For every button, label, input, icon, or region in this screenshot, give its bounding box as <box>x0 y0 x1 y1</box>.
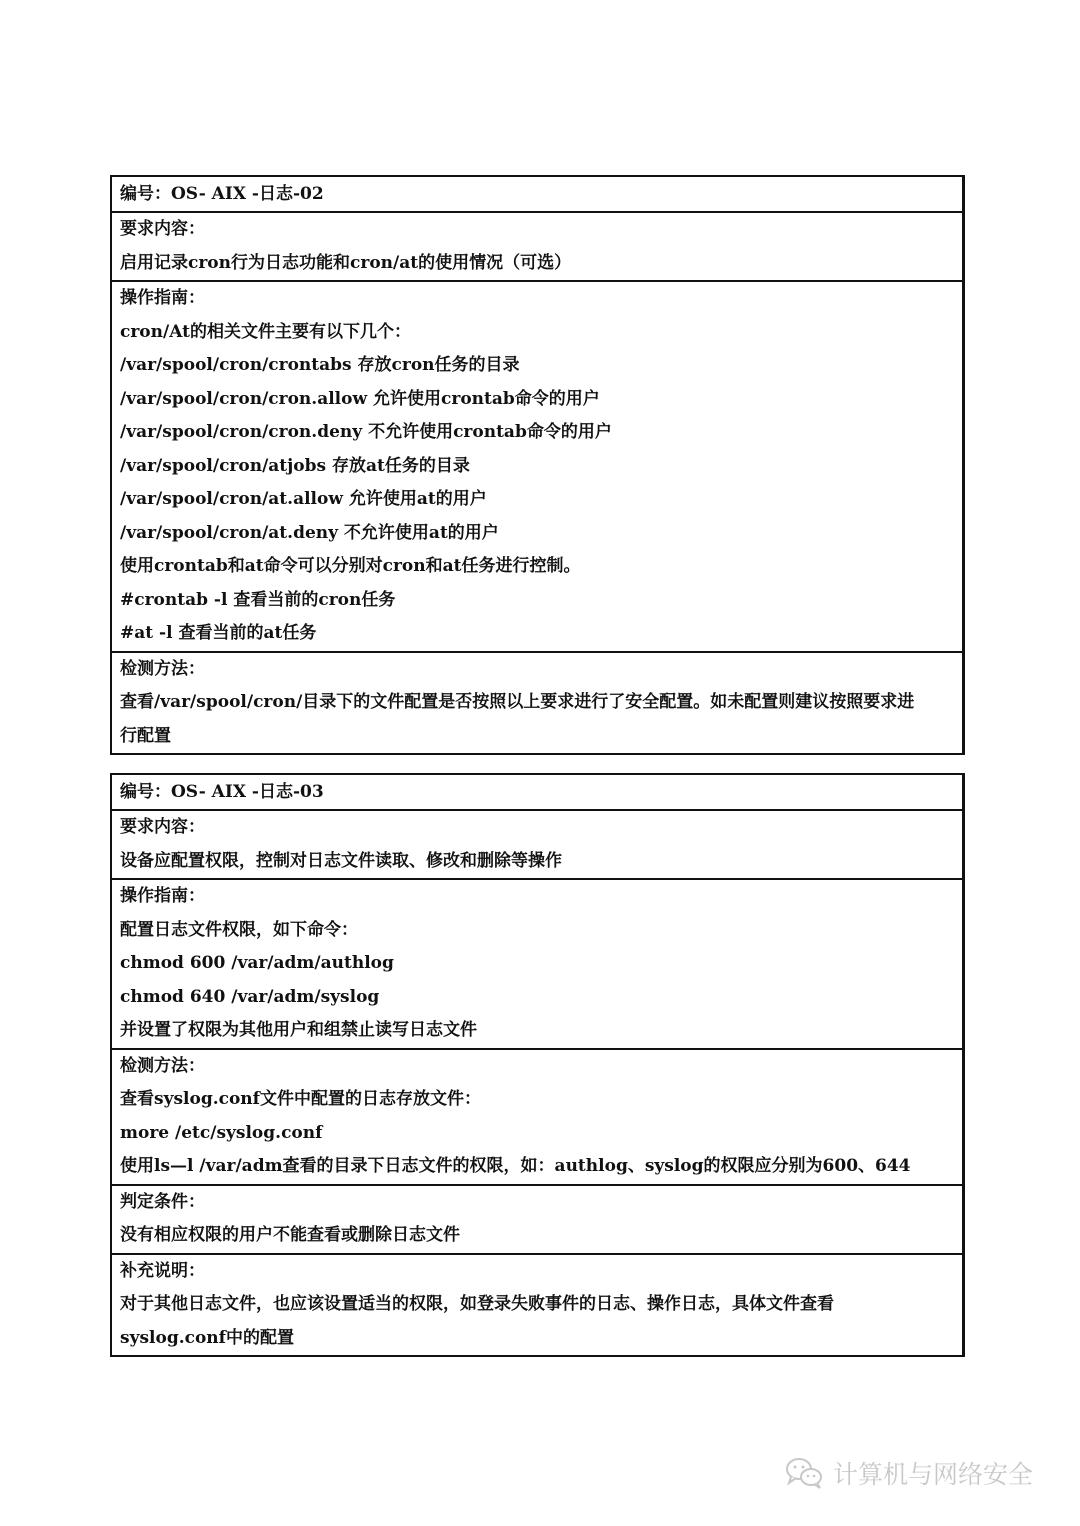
section-label: 要求内容： <box>120 811 954 845</box>
section-text: 没有相应权限的用户不能查看或删除日志文件 <box>120 1219 954 1253</box>
section-text: 启用记录cron行为日志功能和cron/at的使用情况（可选） <box>120 247 954 281</box>
section-text: chmod 600 /var/adm/authlog <box>120 947 954 981</box>
section-text: 查看syslog.conf文件中配置的日志存放文件： <box>120 1083 954 1117</box>
table-row-criteria: 判定条件： 没有相应权限的用户不能查看或删除日志文件 <box>112 1186 962 1255</box>
section-text: 使用ls—l /var/adm查看的目录下日志文件的权限，如：authlog、s… <box>120 1150 954 1184</box>
section-label: 要求内容： <box>120 213 954 247</box>
spec-table-log-02: 编号：OS- AIX -日志-02 要求内容： 启用记录cron行为日志功能和c… <box>110 175 965 755</box>
section-text: /var/spool/cron/cron.allow 允许使用crontab命令… <box>120 383 954 417</box>
section-text: 配置日志文件权限，如下命令： <box>120 914 954 948</box>
section-text: cron/At的相关文件主要有以下几个： <box>120 316 954 350</box>
table-row-notes: 补充说明： 对于其他日志文件，也应该设置适当的权限，如登录失败事件的日志、操作日… <box>112 1255 962 1356</box>
section-text: 设备应配置权限，控制对日志文件读取、修改和删除等操作 <box>120 845 954 879</box>
section-text: 行配置 <box>120 720 954 754</box>
watermark: 计算机与网络安全 <box>785 1455 1033 1491</box>
section-text: 使用crontab和at命令可以分别对cron和at任务进行控制。 <box>120 550 954 584</box>
section-label: 检测方法： <box>120 653 954 687</box>
table-row-check: 检测方法： 查看syslog.conf文件中配置的日志存放文件： more /e… <box>112 1050 962 1186</box>
section-text: /var/spool/cron/crontabs 存放cron任务的目录 <box>120 349 954 383</box>
section-text: #crontab -l 查看当前的cron任务 <box>120 584 954 618</box>
watermark-text: 计算机与网络安全 <box>833 1455 1033 1491</box>
wechat-icon <box>785 1456 825 1490</box>
table-row-id: 编号：OS- AIX -日志-02 <box>112 177 962 213</box>
section-label: 操作指南： <box>120 282 954 316</box>
spec-id: 编号：OS- AIX -日志-03 <box>120 775 954 809</box>
section-label: 补充说明： <box>120 1255 954 1289</box>
section-text: /var/spool/cron/atjobs 存放at任务的目录 <box>120 450 954 484</box>
section-text: #at -l 查看当前的at任务 <box>120 617 954 651</box>
table-row-requirement: 要求内容： 启用记录cron行为日志功能和cron/at的使用情况（可选） <box>112 213 962 282</box>
section-text: more /etc/syslog.conf <box>120 1117 954 1151</box>
table-row-check: 检测方法： 查看/var/spool/cron/目录下的文件配置是否按照以上要求… <box>112 653 962 754</box>
section-text: /var/spool/cron/at.deny 不允许使用at的用户 <box>120 517 954 551</box>
section-label: 判定条件： <box>120 1186 954 1220</box>
section-text: /var/spool/cron/cron.deny 不允许使用crontab命令… <box>120 416 954 450</box>
table-row-requirement: 要求内容： 设备应配置权限，控制对日志文件读取、修改和删除等操作 <box>112 811 962 880</box>
section-text: syslog.conf中的配置 <box>120 1322 954 1356</box>
section-label: 操作指南： <box>120 880 954 914</box>
spec-id: 编号：OS- AIX -日志-02 <box>120 177 954 211</box>
section-label: 检测方法： <box>120 1050 954 1084</box>
table-row-guide: 操作指南： cron/At的相关文件主要有以下几个： /var/spool/cr… <box>112 282 962 653</box>
section-text: 并设置了权限为其他用户和组禁止读写日志文件 <box>120 1014 954 1048</box>
table-row-guide: 操作指南： 配置日志文件权限，如下命令： chmod 600 /var/adm/… <box>112 880 962 1050</box>
section-text: chmod 640 /var/adm/syslog <box>120 981 954 1015</box>
section-text: 查看/var/spool/cron/目录下的文件配置是否按照以上要求进行了安全配… <box>120 686 954 720</box>
section-text: 对于其他日志文件，也应该设置适当的权限，如登录失败事件的日志、操作日志，具体文件… <box>120 1288 954 1322</box>
spec-table-log-03: 编号：OS- AIX -日志-03 要求内容： 设备应配置权限，控制对日志文件读… <box>110 773 965 1357</box>
table-row-id: 编号：OS- AIX -日志-03 <box>112 775 962 811</box>
section-text: /var/spool/cron/at.allow 允许使用at的用户 <box>120 483 954 517</box>
